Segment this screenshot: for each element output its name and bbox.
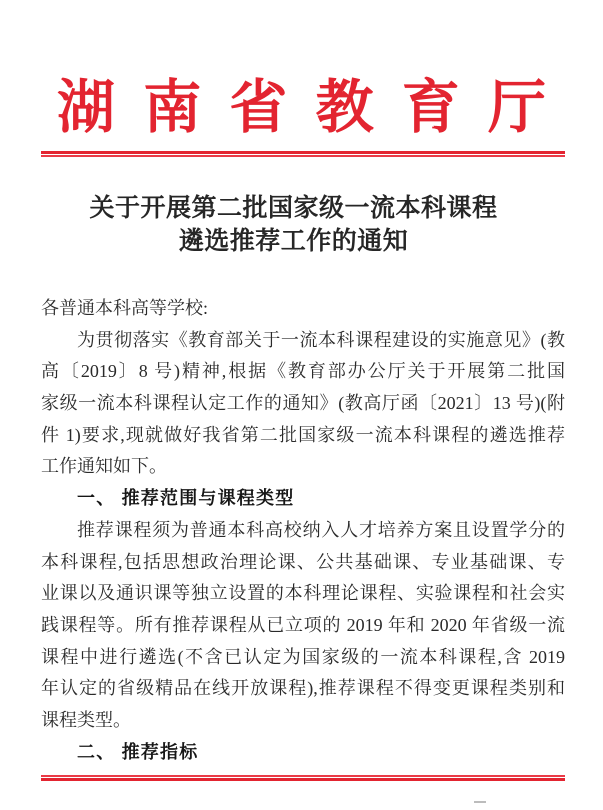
org-title-char: 育 — [402, 74, 460, 142]
body-line: 件 1)要求,现就做好我省第二批国家级一流本科课程的遴选推荐 — [41, 420, 565, 452]
scan-artifact-dash — [474, 801, 486, 803]
section-heading: 一、 推荐范围与课程类型 — [41, 483, 565, 515]
header-rule-thin-line — [41, 155, 565, 157]
header-rule — [41, 151, 565, 157]
document-title-line2: 遴选推荐工作的通知 — [0, 225, 595, 258]
body-line: 高〔2019〕8 号)精神,根据《教育部办公厅关于开展第二批国 — [41, 356, 565, 388]
body-line: 本科课程,包括思想政治理论课、公共基础课、专业基础课、专 — [41, 547, 565, 579]
body-line: 为贯彻落实《教育部关于一流本科课程建设的实施意见》(教 — [41, 325, 565, 357]
body-line: 践课程等。所有推荐课程从已立项的 2019 年和 2020 年省级一流 — [41, 610, 565, 642]
footer-rule-thick-line — [41, 778, 565, 781]
org-title: 湖南省教育厅 — [57, 74, 546, 142]
body-text: 各普通本科高等学校:为贯彻落实《教育部关于一流本科课程建设的实施意见》(教高〔2… — [41, 293, 565, 768]
org-title-char: 省 — [229, 74, 287, 142]
body-line: 业课以及通识课等独立设置的本科理论课程、实验课程和社会实 — [41, 578, 565, 610]
body-line: 家级一流本科课程认定工作的通知》(教高厅函〔2021〕13 号)(附 — [41, 388, 565, 420]
body-line: 年认定的省级精品在线开放课程),推荐课程不得变更课程类别和 — [41, 673, 565, 705]
section-heading: 二、 推荐指标 — [41, 737, 565, 769]
org-title-char: 教 — [316, 74, 374, 142]
org-title-char: 南 — [143, 74, 201, 142]
document-title: 关于开展第二批国家级一流本科课程 遴选推荐工作的通知 — [0, 192, 595, 258]
footer-rule — [41, 775, 565, 781]
body-line: 课程中进行遴选(不含已认定为国家级的一流本科课程,含 2019 — [41, 642, 565, 674]
body-line: 各普通本科高等学校: — [41, 293, 565, 325]
org-title-char: 湖 — [57, 74, 115, 142]
body-line: 课程类型。 — [41, 705, 565, 737]
org-title-char: 厅 — [488, 74, 546, 142]
document-page: 湖南省教育厅 关于开展第二批国家级一流本科课程 遴选推荐工作的通知 各普通本科高… — [0, 0, 603, 810]
document-title-line1: 关于开展第二批国家级一流本科课程 — [0, 192, 595, 225]
body-line: 工作通知如下。 — [41, 451, 565, 483]
body-line: 推荐课程须为普通本科高校纳入人才培养方案且设置学分的 — [41, 515, 565, 547]
